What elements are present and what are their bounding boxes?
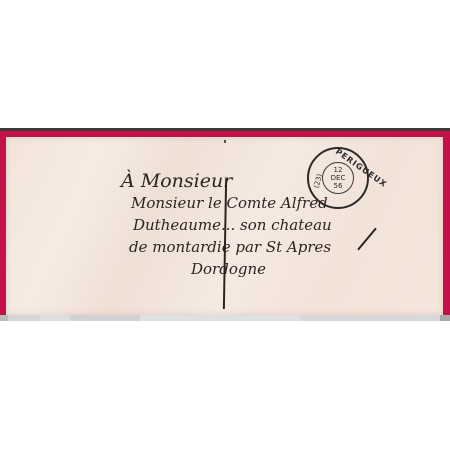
handwritten-address: À Monsieur Monsieur le Comte Alfred Duth… <box>121 170 421 280</box>
address-line-salutation: À Monsieur <box>121 170 421 192</box>
address-line-locality: de montardie par St Apres <box>121 236 421 258</box>
address-line-department: Dordogne <box>121 258 421 280</box>
bottom-gray-strip <box>0 315 450 321</box>
address-line-name: Monsieur le Comte Alfred <box>121 192 421 214</box>
ink-dot <box>224 140 226 143</box>
letter-cover: PERIGUEUX (23) 12 DEC 56 À Monsieur Mons… <box>6 137 443 315</box>
address-line-place: Dutheaume... son chateau <box>121 214 421 236</box>
